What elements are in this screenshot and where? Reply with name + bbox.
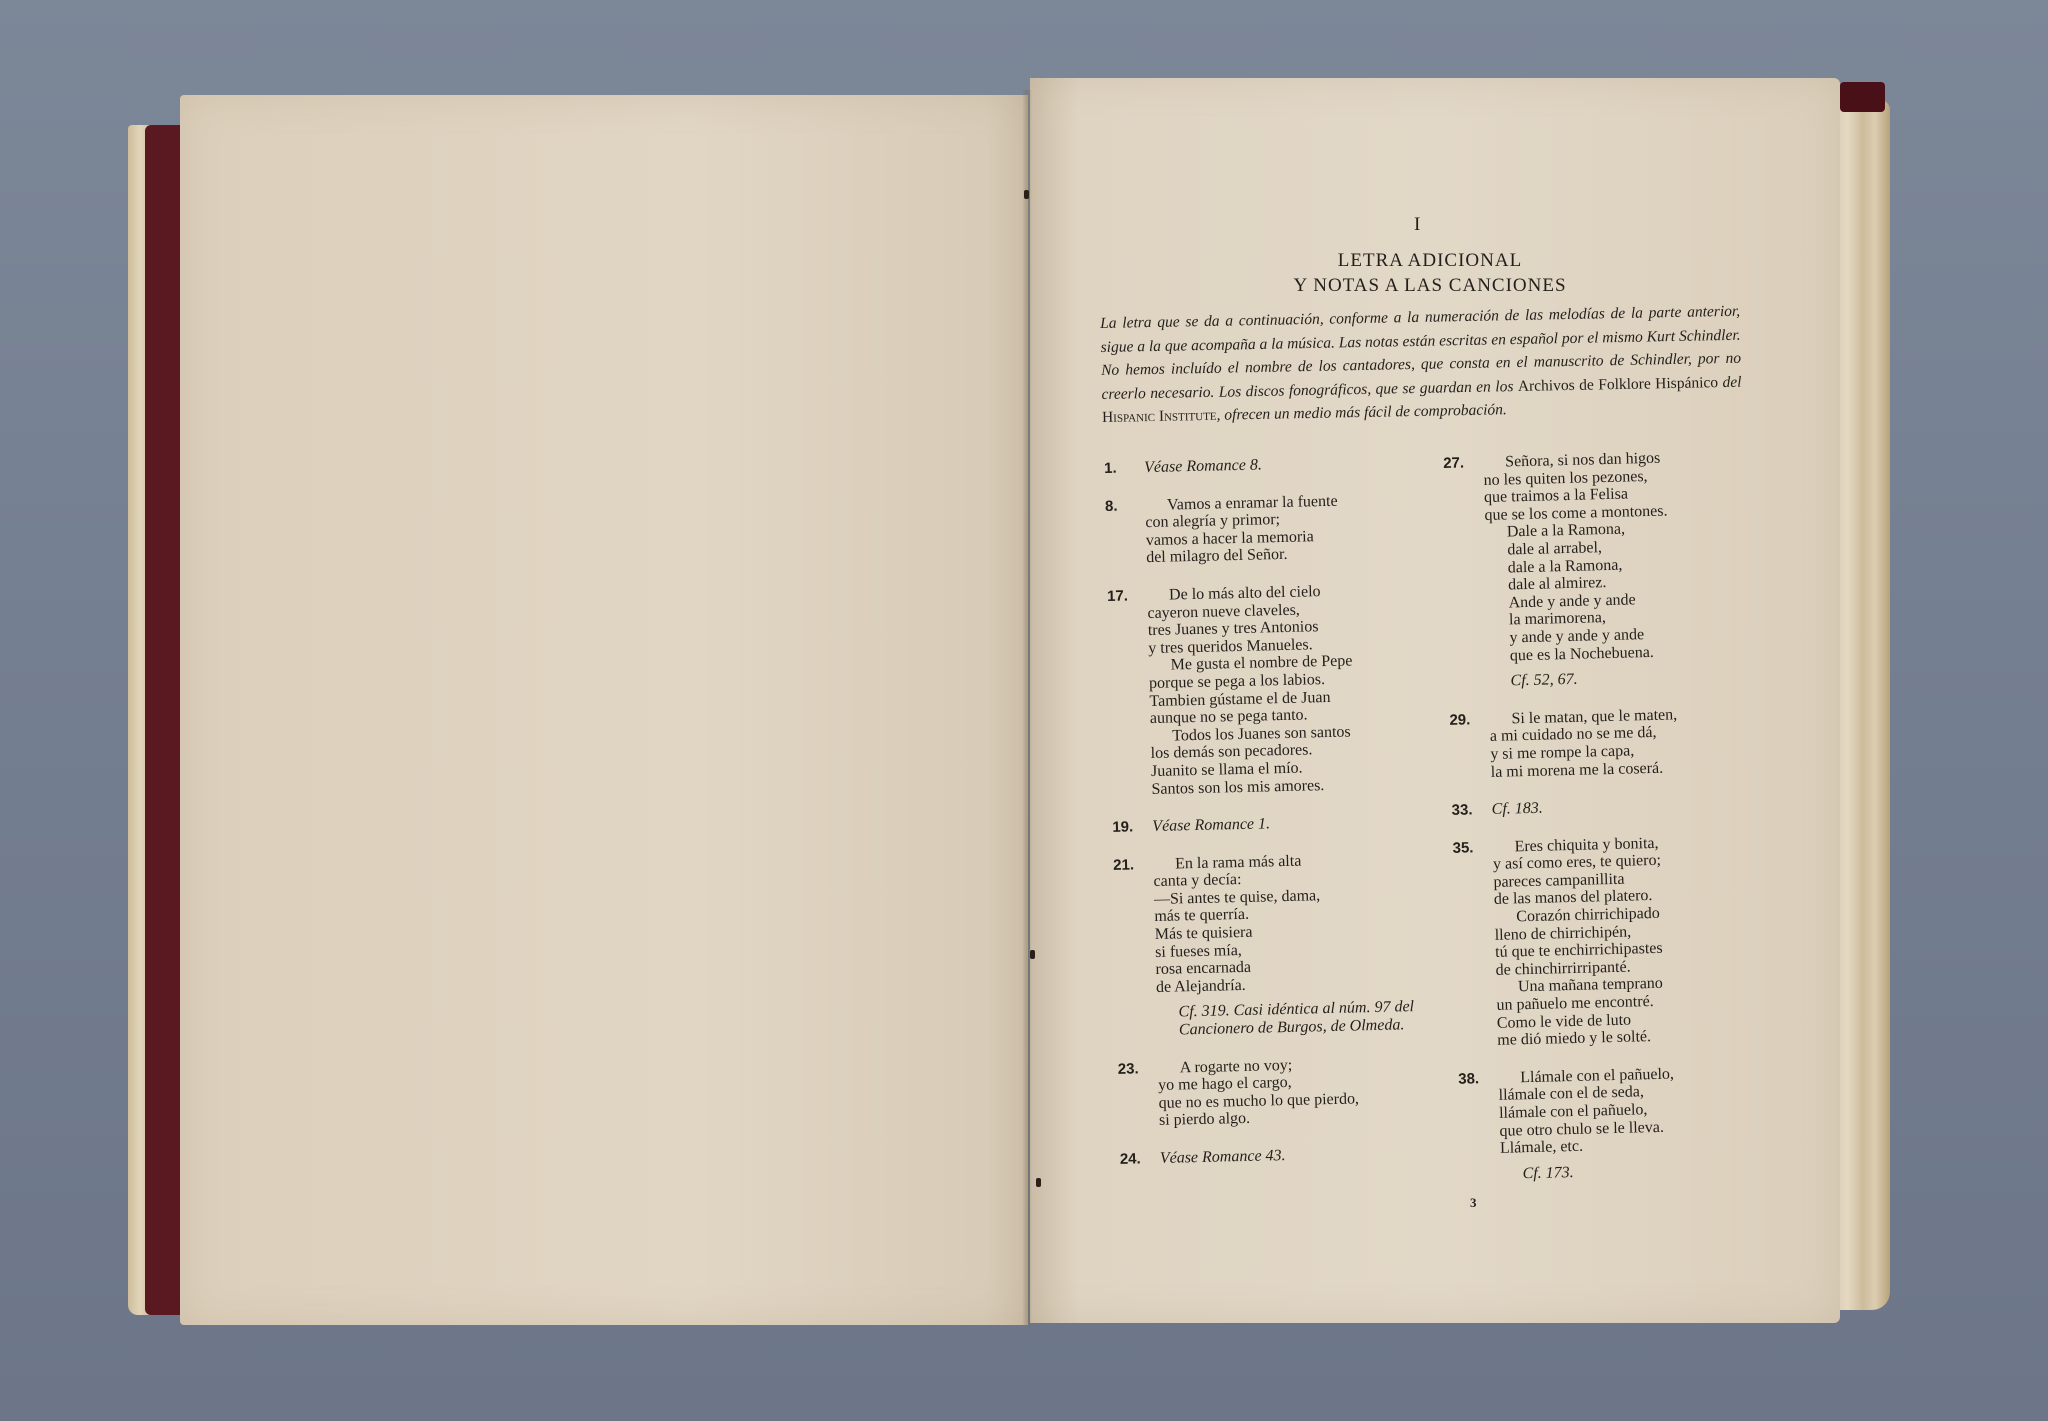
right-cover-corner [1840, 82, 1885, 112]
intro-paragraph: La letra que se da a continuación, confo… [1100, 300, 1742, 430]
entry-note: Cf. 52, 67. [1488, 666, 1778, 691]
song-entry: 19.Véase Romance 1. [1112, 811, 1472, 837]
section-numeral: I [1414, 214, 1420, 236]
title-line-2: Y NOTAS A LAS CANCIONES [1180, 275, 1680, 297]
song-entry: 21.En la rama más altacanta y decía:—Si … [1113, 848, 1477, 1040]
entry-number: 29. [1449, 711, 1470, 729]
entry-number: 1. [1104, 460, 1117, 478]
entry-number: 35. [1452, 839, 1473, 857]
entry-number: 27. [1443, 454, 1464, 472]
song-entry: 35.Eres chiquita y bonita,y así como ere… [1452, 832, 1787, 1051]
left-column: 1.Véase Romance 8.8.Vamos a enramar la f… [1104, 452, 1480, 1189]
title-line-1: LETRA ADICIONAL [1180, 250, 1680, 272]
song-entry: 27.Señora, si nos dan higosno les quiten… [1443, 447, 1779, 692]
entry-number: 8. [1105, 497, 1118, 515]
book-gutter [1022, 90, 1032, 1325]
entry-number: 38. [1458, 1070, 1479, 1088]
entry-number: 19. [1112, 819, 1133, 837]
entry-number: 24. [1120, 1150, 1141, 1168]
binding-stitch [1030, 950, 1035, 959]
song-entry: 8.Vamos a enramar la fuentecon alegría y… [1105, 489, 1467, 568]
entry-reference: Véase Romance 1. [1152, 815, 1270, 835]
song-entry: 23.A rogarte no voy;yo me hago el cargo,… [1118, 1052, 1480, 1131]
entry-number: 33. [1451, 801, 1472, 819]
entry-number: 17. [1107, 587, 1128, 605]
binding-stitch [1036, 1178, 1041, 1187]
entry-reference: Cf. 183. [1491, 800, 1543, 818]
open-book: I LETRA ADICIONAL Y NOTAS A LAS CANCIONE… [0, 0, 2048, 1421]
entry-note: Cf. 173. [1500, 1159, 1790, 1184]
song-entry: 33.Cf. 183. [1451, 794, 1781, 820]
song-entry: 29.Si le matan, que le maten,a mi cuidad… [1449, 704, 1781, 782]
song-entry: 38.Llámale con el pañuelo,llámale con el… [1458, 1063, 1791, 1185]
entry-number: 21. [1113, 856, 1134, 874]
left-cover-edge [145, 125, 185, 1315]
binding-stitch [1024, 190, 1029, 199]
entry-note: Cf. 319. Casi idéntica al núm. 97 del Ca… [1156, 997, 1477, 1039]
entry-reference: Véase Romance 43. [1160, 1147, 1286, 1167]
left-page-blank [180, 95, 1028, 1325]
right-column: 27.Señora, si nos dan higosno les quiten… [1443, 447, 1791, 1204]
entry-reference: Véase Romance 8. [1144, 456, 1262, 476]
page-number: 3 [1470, 1195, 1477, 1211]
song-entry: 17.De lo más alto del cielocayeron nueve… [1107, 580, 1472, 799]
song-entry: 24.Véase Romance 43. [1120, 1143, 1480, 1169]
entry-number: 23. [1118, 1060, 1139, 1078]
